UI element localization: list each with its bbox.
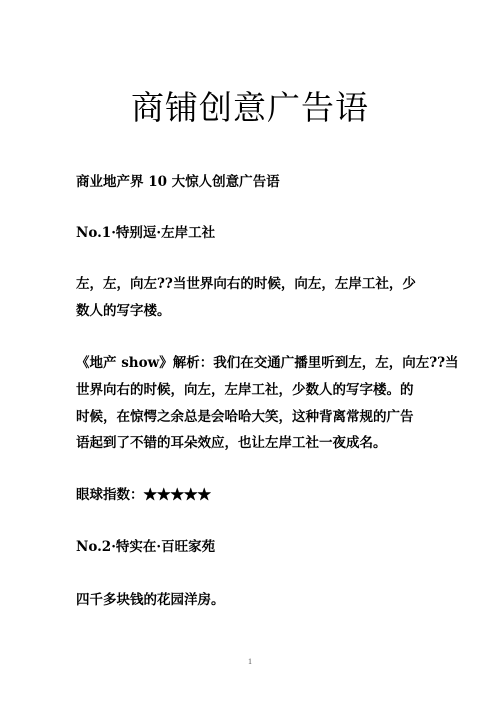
document-subtitle: 商业地产界 10 大惊人创意广告语 bbox=[76, 172, 280, 192]
entry-1-rating: 眼球指数：★★★★★ bbox=[76, 485, 211, 505]
entry-1-analysis-line-2: 世界向右的时候，向左，左岸工社，少数人的写字楼。的 bbox=[76, 380, 414, 400]
rating-stars-icon: ★★★★★ bbox=[144, 487, 212, 503]
entry-1-heading: No.1·特别逗·左岸工社 bbox=[76, 223, 215, 243]
entry-2-slogan-line-1: 四千多块钱的花园洋房。 bbox=[76, 590, 225, 610]
rating-label: 眼球指数： bbox=[76, 487, 144, 503]
entry-1-analysis-line-3: 时候，在惊愕之余总是会哈哈大笑，这种背离常规的广告 bbox=[76, 407, 414, 427]
entry-1-analysis-line-4: 语起到了不错的耳朵效应，也让左岸工社一夜成名。 bbox=[76, 433, 387, 453]
entry-1-slogan-line-2: 数人的写字楼。 bbox=[76, 301, 171, 321]
entry-1-analysis-line-1: 《地产 show》解析：我们在交通广播里听到左，左，向左??当 bbox=[76, 353, 459, 373]
page-number: 1 bbox=[0, 657, 500, 666]
document-page: 商铺创意广告语 商业地产界 10 大惊人创意广告语 No.1·特别逗·左岸工社 … bbox=[0, 0, 500, 707]
entry-2-heading: No.2·特实在·百旺家苑 bbox=[76, 537, 215, 557]
entry-1-slogan-line-1: 左，左，向左??当世界向右的时候，向左，左岸工社，少 bbox=[76, 274, 416, 294]
document-title: 商铺创意广告语 bbox=[0, 86, 500, 130]
